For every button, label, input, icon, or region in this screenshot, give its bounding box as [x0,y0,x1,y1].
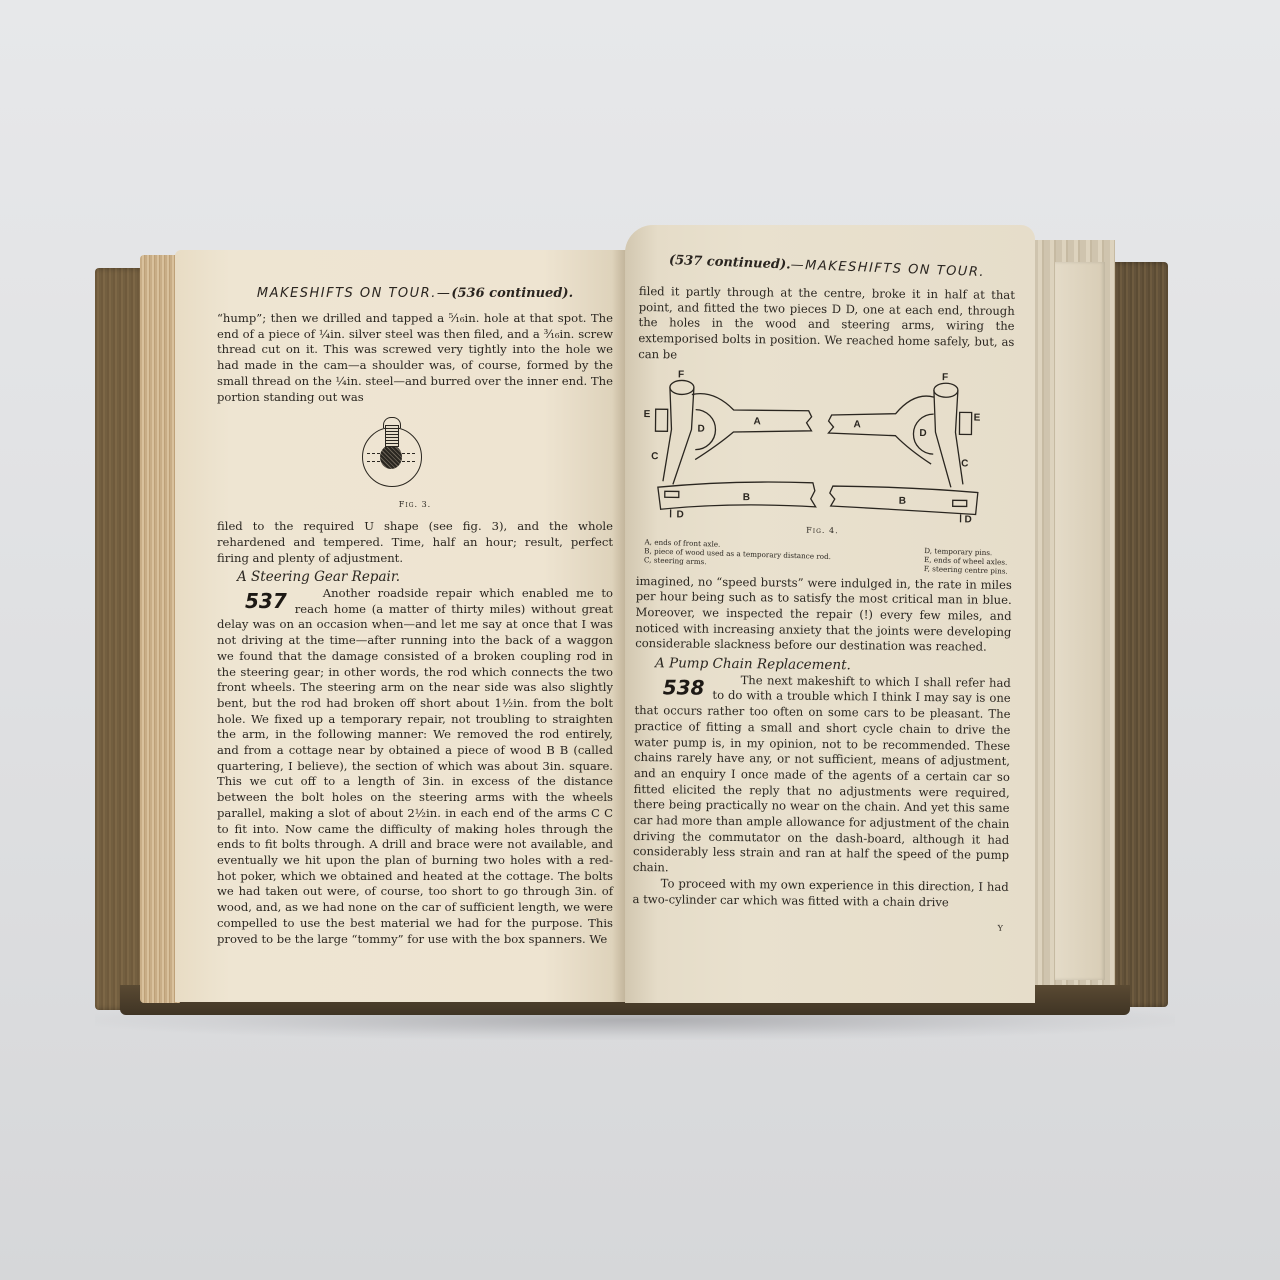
right-running-head: (537 continued).—MAKESHIFTS ON TOUR. [639,252,1015,281]
svg-text:F: F [678,369,684,380]
running-head-continued: (537 continued). [669,253,791,273]
section-body: 537Another roadside repair which enabled… [217,586,613,947]
figure-caption: Fig. 3. [217,497,613,513]
paragraph: To proceed with my own experience in thi… [632,876,1008,911]
running-head-continued: (536 continued). [451,286,573,301]
figure-4: FED ACB D AFE DCB D Fig. 4. [632,368,1014,542]
figure-3: Fig. 3. [217,411,613,519]
left-running-head: MAKESHIFTS ON TOUR.—(536 continued). [217,286,613,301]
legend-item: F, steering centre pins. [924,564,1008,576]
svg-text:D: D [697,423,704,434]
svg-text:D: D [964,514,971,522]
paragraph: filed it partly through at the centre, b… [638,284,1015,366]
page-edges-right-stack [1055,262,1105,980]
left-page: MAKESHIFTS ON TOUR.—(536 continued). “hu… [175,250,635,1002]
running-head-title: —MAKESHIFTS ON TOUR. [790,258,985,280]
section-number: 538 [635,676,705,699]
rounded-cap-drawing [383,417,401,428]
steering-gear-drawing: FED ACB D AFE DCB D [633,368,1005,522]
section-text: Another roadside repair which enabled me… [217,586,613,945]
left-page-text: “hump”; then we drilled and tapped a ⁵⁄₁… [217,311,613,947]
right-page-text: filed it partly through at the centre, b… [632,284,1015,937]
svg-text:B: B [743,492,750,503]
paragraph: “hump”; then we drilled and tapped a ⁵⁄₁… [217,311,613,405]
figure-legend: A, ends of front axle. B, piece of wood … [644,537,1009,575]
svg-text:C: C [651,451,658,462]
legend-left: A, ends of front axle. B, piece of wood … [644,537,832,570]
svg-text:B: B [899,495,906,506]
figure-caption: Fig. 4. [632,520,1012,540]
svg-text:D: D [919,427,926,438]
paragraph: imagined, no “speed bursts” were indulge… [635,573,1012,655]
right-page: (537 continued).—MAKESHIFTS ON TOUR. fil… [625,225,1035,1003]
svg-text:E: E [644,409,651,420]
svg-text:E: E [974,412,981,423]
threaded-stem-drawing [385,425,399,447]
section-text: The next makeshift to which I shall refe… [633,673,1011,875]
paragraph: filed to the required U shape (see fig. … [217,519,613,566]
svg-text:D: D [677,509,684,520]
section-body: 538The next makeshift to which I shall r… [633,672,1011,880]
section-number: 537 [217,590,287,612]
page-edges-left [140,255,180,1003]
running-head-title: MAKESHIFTS ON TOUR.— [257,286,451,301]
svg-text:F: F [942,372,948,383]
svg-text:C: C [961,458,968,469]
svg-text:A: A [754,416,761,427]
legend-right: D, temporary pins. E, ends of wheel axle… [924,546,1009,576]
signature-mark: Y [632,917,1008,937]
section-title: A Steering Gear Repair. [237,570,613,586]
svg-text:A: A [853,419,860,430]
